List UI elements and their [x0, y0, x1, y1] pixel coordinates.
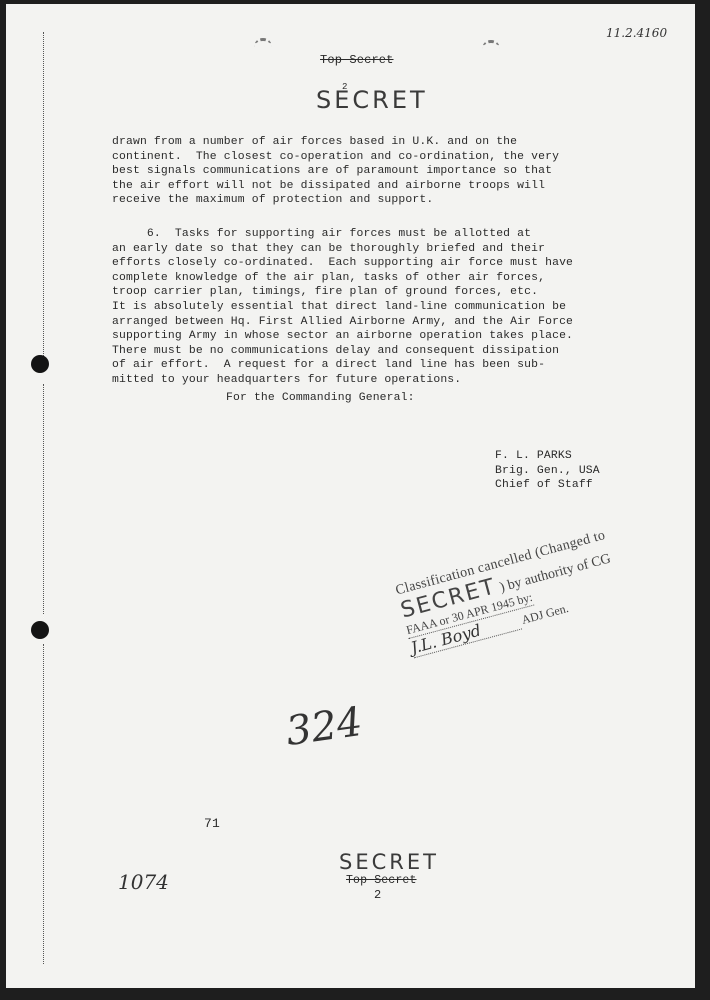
- footer-secret-stamp: SECRET: [339, 850, 439, 874]
- body-line: mitted to your headquarters for future o…: [112, 373, 573, 388]
- body-line: supporting Army in whose sector an airbo…: [112, 329, 573, 344]
- signatory-title: Chief of Staff: [495, 478, 600, 493]
- body-line: an early date so that they can be thorou…: [112, 242, 573, 257]
- declassification-stamp: Classification cancelled (Changed to SEC…: [394, 501, 710, 658]
- archive-number: 11.2.4160: [606, 26, 667, 40]
- body-line: There must be no communications delay an…: [112, 344, 573, 359]
- header-page-mark: 2: [342, 80, 348, 95]
- header-original-classification: Top Secret: [320, 53, 394, 68]
- body-line: arranged between Hq. First Allied Airbor…: [112, 315, 573, 330]
- body-line: best signals communications are of param…: [112, 164, 559, 179]
- binding-perforation-bottom: [43, 644, 44, 964]
- body-line: It is absolutely essential that direct l…: [112, 300, 573, 315]
- body-line: of air effort. A request for a direct la…: [112, 358, 573, 373]
- header-secret-stamp: SECRET: [316, 86, 428, 114]
- header-emblem-right-icon: [482, 40, 500, 53]
- body-line: receive the maximum of protection and su…: [112, 193, 559, 208]
- signature-block: F. L. PARKS Brig. Gen., USA Chief of Sta…: [495, 449, 600, 493]
- body-line: drawn from a number of air forces based …: [112, 135, 559, 150]
- typed-number: 71: [204, 817, 220, 832]
- handwritten-file-number: 324: [283, 699, 365, 755]
- footer-original-classification: Top Secret: [346, 874, 417, 889]
- body-line: troop carrier plan, timings, fire plan o…: [112, 285, 573, 300]
- body-line: the air effort will not be dissipated an…: [112, 179, 559, 194]
- document-page: 11.2.4160 Top Secret SECRET 2 drawn from…: [6, 4, 695, 988]
- body-line: efforts closely co-ordinated. Each suppo…: [112, 256, 573, 271]
- closing-line: For the Commanding General:: [226, 391, 415, 406]
- body-line: 6. Tasks for supporting air forces must …: [112, 227, 573, 242]
- header-emblem-left-icon: [254, 38, 272, 51]
- signatory-name: F. L. PARKS: [495, 449, 600, 464]
- punch-hole-top: [31, 355, 49, 373]
- binding-perforation-middle: [43, 384, 44, 614]
- body-line: complete knowledge of the air plan, task…: [112, 271, 573, 286]
- handwritten-folio-number: 1074: [118, 870, 169, 894]
- paragraph-continuation: drawn from a number of air forces based …: [112, 135, 559, 208]
- binding-perforation-top: [43, 32, 44, 362]
- page-number: 2: [374, 888, 381, 903]
- signatory-rank: Brig. Gen., USA: [495, 464, 600, 479]
- body-line: continent. The closest co-operation and …: [112, 150, 559, 165]
- punch-hole-bottom: [31, 621, 49, 639]
- paragraph-6: 6. Tasks for supporting air forces must …: [112, 227, 573, 388]
